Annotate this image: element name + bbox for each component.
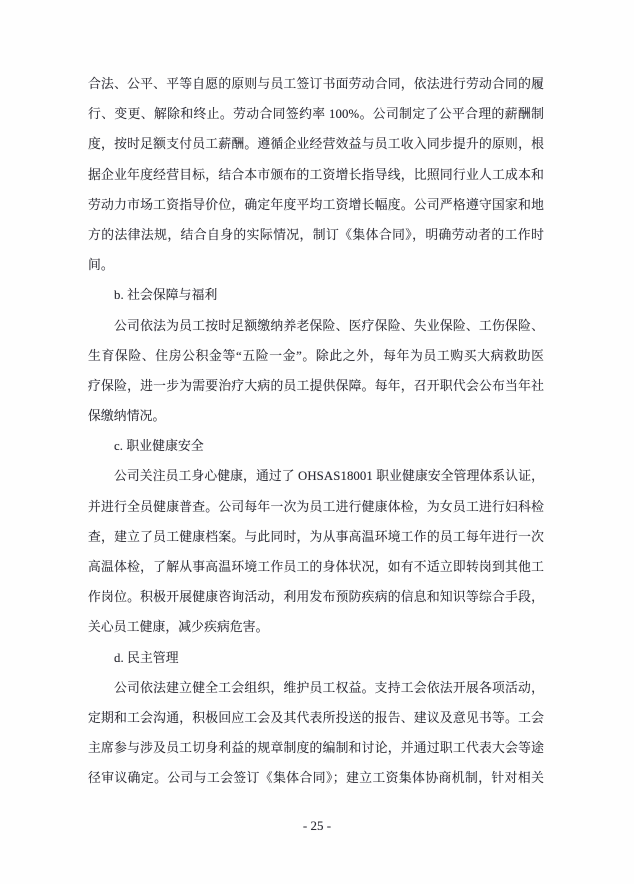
paragraph-line: 间。 bbox=[88, 250, 544, 280]
paragraph-line: 高温体检，了解从事高温环境工作员工的身体状况，如有不适立即转岗到其他工 bbox=[88, 552, 544, 582]
page-number: - 25 - bbox=[303, 818, 331, 833]
paragraph-line: 公司关注员工身心健康，通过了 OHSAS18001 职业健康安全管理体系认证， bbox=[88, 461, 544, 491]
paragraph-line: 公司依法建立健全工会组织，维护员工权益。支持工会依法开展各项活动， bbox=[88, 673, 544, 703]
paragraph-line: 定期和工会沟通，积极回应工会及其代表所投送的报告、建议及意见书等。工会 bbox=[88, 703, 544, 733]
paragraph-line: 据企业年度经营目标，结合本市颁布的工资增长指导线，比照同行业人工成本和 bbox=[88, 160, 544, 190]
paragraph-line: 查，建立了员工健康档案。与此同时，为从事高温环境工作的员工每年进行一次 bbox=[88, 522, 544, 552]
paragraph-line: 方的法律法规，结合自身的实际情况，制订《集体合同》，明确劳动者的工作时 bbox=[88, 220, 544, 250]
document-page: 合法、公平、平等自愿的原则与员工签订书面劳动合同，依法进行劳动合同的履 行、变更… bbox=[0, 0, 634, 884]
document-body: 合法、公平、平等自愿的原则与员工签订书面劳动合同，依法进行劳动合同的履 行、变更… bbox=[88, 69, 544, 794]
paragraph-line: 径审议确定。公司与工会签订《集体合同》；建立工资集体协商机制，针对相关 bbox=[88, 763, 544, 793]
paragraph-line: 疗保险，进一步为需要治疗大病的员工提供保障。每年，召开职代会公布当年社 bbox=[88, 371, 544, 401]
paragraph-line: 公司依法为员工按时足额缴纳养老保险、医疗保险、失业保险、工伤保险、 bbox=[88, 311, 544, 341]
paragraph-line: 并进行全员健康普查。公司每年一次为员工进行健康体检，为女员工进行妇科检 bbox=[88, 492, 544, 522]
page-footer: - 25 - bbox=[0, 814, 634, 838]
paragraph-line: 关心员工健康，减少疾病危害。 bbox=[88, 612, 544, 642]
paragraph-line: 度，按时足额支付员工薪酬。遵循企业经营效益与员工收入同步提升的原则，根 bbox=[88, 129, 544, 159]
section-heading-d: d. 民主管理 bbox=[88, 643, 544, 673]
paragraph-line: 合法、公平、平等自愿的原则与员工签订书面劳动合同，依法进行劳动合同的履 bbox=[88, 69, 544, 99]
paragraph-line: 劳动力市场工资指导价位，确定年度平均工资增长幅度。公司严格遵守国家和地 bbox=[88, 190, 544, 220]
paragraph-line: 生育保险、住房公积金等“五险一金”。除此之外，每年为员工购买大病救助医 bbox=[88, 341, 544, 371]
section-heading-c: c. 职业健康安全 bbox=[88, 431, 544, 461]
section-heading-b: b. 社会保障与福利 bbox=[88, 280, 544, 310]
paragraph-line: 作岗位。积极开展健康咨询活动，利用发布预防疾病的信息和知识等综合手段， bbox=[88, 582, 544, 612]
paragraph-line: 行、变更、解除和终止。劳动合同签约率 100%。公司制定了公平合理的薪酬制 bbox=[88, 99, 544, 129]
paragraph-line: 主席参与涉及员工切身利益的规章制度的编制和讨论，并通过职工代表大会等途 bbox=[88, 733, 544, 763]
paragraph-line: 保缴纳情况。 bbox=[88, 401, 544, 431]
